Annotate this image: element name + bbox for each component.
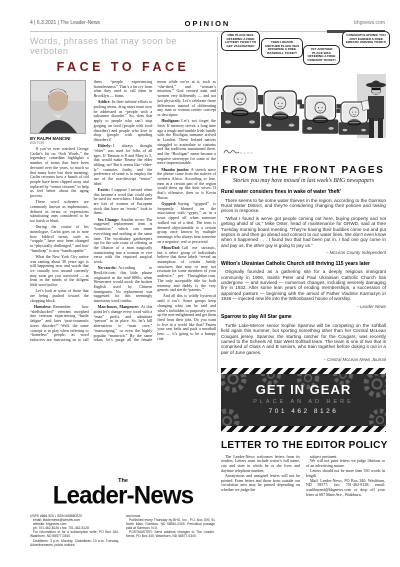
article-paragraph: Hooligans:Let’s not forget the Irish. If…: [157, 119, 216, 166]
editorial-cartoon: ONE PLACE WAS OFFERING A FREE LOTTERY TI…: [221, 30, 386, 142]
ad-body: GET IN GEAR PLACE AN AD HERE 701 462 812…: [221, 374, 386, 426]
story-paragraph: “What I found is we've got people coming…: [221, 216, 386, 248]
article-text: I always thought “elder” was used for fo…: [94, 143, 153, 186]
article-text: Saying “gypped” is frequently blamed on …: [157, 201, 216, 244]
article-paragraph: What the New York City native was rantin…: [30, 255, 89, 288]
article-text: If you’ve ever watched George Carlin’s b…: [30, 146, 89, 198]
article-paragraph: Let’s look at some of those that are bei…: [30, 289, 89, 303]
article-paragraph: Exotic:I suppose I missed when this beca…: [94, 188, 153, 216]
masthead-line: Deadlines: 3 p.m. Monday, Classifieds: 1…: [30, 539, 119, 547]
article-paragraph: Sex Change:Another no-no. The suggested …: [94, 218, 153, 265]
front-pages-subtitle: Stories you may have missed in last week…: [221, 178, 386, 184]
ad-subtitle: PLACE AN AD HERE: [221, 399, 386, 405]
article-text: A stretch since the phrase came from the…: [157, 167, 216, 200]
article-text: These word softeners are commonly known …: [30, 199, 89, 223]
website-text: bhgnews.com: [354, 20, 385, 26]
article-paragraph: And all this is wildly hysterical until …: [157, 294, 216, 341]
masthead-col1: USPS #666-920 • ISSN #08880220 email: le…: [30, 514, 119, 547]
masthead-info: USPS #666-920 • ISSN #08880220 email: le…: [30, 514, 216, 547]
page-header: 4 | 6.3.2021 | The Leader-News OPINION b…: [30, 19, 385, 29]
story-attribution: – Central McLean News Journal: [221, 357, 386, 362]
ad-text: GET IN GEAR PLACE AN AD HERE 701 462 812…: [221, 374, 386, 415]
story-attribution: – Leader News: [221, 304, 386, 309]
article-text: What the New York City native was rantin…: [30, 254, 89, 287]
article-text: And all this is wildly hysterical until …: [157, 293, 216, 340]
article-text: In their infinite efforts to prolong ter…: [94, 99, 153, 142]
story-headline: Wilton's Ukrainian Catholic Church still…: [221, 262, 386, 268]
letter-policy-col2: subject pertinent. We will not print let…: [306, 455, 385, 498]
story-paragraph: Turtle Lake-Mercer senior Sophie Sparrow…: [221, 323, 386, 355]
article-text: Another no-no. The suggested replacement…: [94, 217, 153, 264]
article-paragraph: Elderly:I always thought “elder” was use…: [94, 144, 153, 186]
right-column: ONE PLACE WAS OFFERING A FREE LOTTERY TI…: [221, 30, 386, 498]
speech-bubble: CONGRATULATIONS! YOU JUST EARNED A FREE …: [342, 31, 390, 48]
opinion-article: Words, phrases that may soon be verboten…: [30, 36, 216, 385]
newspaper-opinion-page: 4 | 6.3.2021 | The Leader-News OPINION b…: [0, 0, 400, 567]
ad-title: GET IN GEAR: [221, 382, 386, 397]
article-text: According to BestLife.com, this little p…: [94, 265, 153, 303]
story-headline: Rural water considers fines in wake of w…: [221, 190, 386, 196]
article-paragraph: Addict:In their infinite efforts to prol…: [94, 100, 153, 142]
article-text: Let’s not forget the Irish. If memory se…: [157, 118, 216, 165]
page-info: 4 | 6.3.2021 | The Leader-News: [30, 20, 100, 26]
article-paragraph: Mumbo jumbo:A stretch since the phrase c…: [157, 168, 216, 201]
article-paragraph: Mum/Dad:Call me sarcastic, but a select …: [157, 246, 216, 293]
house-ad: GET IN GEAR PLACE AN AD HERE 701 462 812…: [221, 368, 386, 432]
front-pages-headline: FROM THE FRONT PAGES: [221, 165, 386, 176]
article-text: Let’s look at some of those that are bei…: [30, 288, 89, 302]
article-text: I suppose I missed when this became a wo…: [94, 187, 153, 216]
article-text: During the course of his monologue, Carl…: [30, 224, 89, 253]
article-paragraph: If you’ve ever watched George Carlin’s b…: [30, 147, 89, 199]
speech-bubble: YET ANOTHER PLACE WAS OFFERING A FREE CO…: [303, 45, 340, 65]
masthead-name: Leader-News: [30, 481, 216, 510]
story-paragraph: Originally founded as a gathering site f…: [221, 269, 386, 301]
letter-policy-paragraph: Mail: Leader-News, PO Box 340, Washburn,…: [306, 479, 385, 498]
masthead-line: POSTMASTER: Send address changes to The …: [126, 530, 215, 538]
letter-policy-body: The Leader-News welcomes letters from it…: [221, 455, 386, 498]
author-portrait-icon: [31, 81, 85, 133]
ad-phone: 701 462 8126: [221, 408, 386, 415]
masthead-line: For information or for a subscription wr…: [30, 530, 119, 538]
masthead-col2: and news. Published every Thursday by BH…: [126, 514, 215, 547]
article-paragraph: These word softeners are commonly known …: [30, 200, 89, 224]
article-paragraph: Gypped:Saying “gypped” is frequently bla…: [157, 202, 216, 244]
column-divider: [217, 37, 218, 372]
article-body: BY RALPH MANCINI EDITOR If you’ve ever w…: [30, 80, 216, 385]
story-paragraph: There seems to be some water thieves in …: [221, 198, 386, 214]
letter-policy-col1: The Leader-News welcomes letters from it…: [221, 455, 300, 498]
author-photo: [30, 80, 86, 134]
speech-bubble: THEN I HEARD ANOTHER PLACE WAS OFFERING …: [261, 38, 303, 58]
masthead-line: Published every Thursday by BHG, Inc., P…: [126, 518, 215, 530]
byline-title: EDITOR: [30, 141, 86, 146]
cartoonist-signature: [223, 147, 263, 155]
article-paragraph: During the course of his monologue, Carl…: [30, 225, 89, 253]
author-block: BY RALPH MANCINI EDITOR: [30, 80, 86, 145]
article-paragraph: No-can-do:According to BestLife.com, thi…: [94, 266, 153, 304]
newspaper-masthead: The Leader-News USPS #666-920 • ISSN #08…: [30, 478, 216, 547]
front-pages-stories: Rural water considers fines in wake of w…: [221, 190, 386, 363]
speech-bubble: ONE PLACE WAS OFFERING A FREE LOTTERY TI…: [221, 31, 260, 51]
article-text: Call me sarcastic, but a select group of…: [157, 245, 216, 292]
letter-policy-paragraph: The Leader-News welcomes letters from it…: [221, 455, 300, 474]
article-headline: FACE TO FACE: [30, 60, 216, 74]
letter-policy-headline: LETTER TO THE EDITOR POLICY: [221, 440, 386, 451]
letter-policy-paragraph: Anonymous and unsigned letters will not …: [221, 474, 300, 493]
section-title: OPINION: [185, 19, 231, 28]
story-attribution: – McLean County Independent: [221, 250, 386, 255]
story-headline: Sparrow to play All Star game: [221, 315, 386, 321]
ad-stripe-bottom: [221, 426, 386, 432]
article-kicker: Words, phrases that may soon be verboten: [30, 36, 216, 56]
